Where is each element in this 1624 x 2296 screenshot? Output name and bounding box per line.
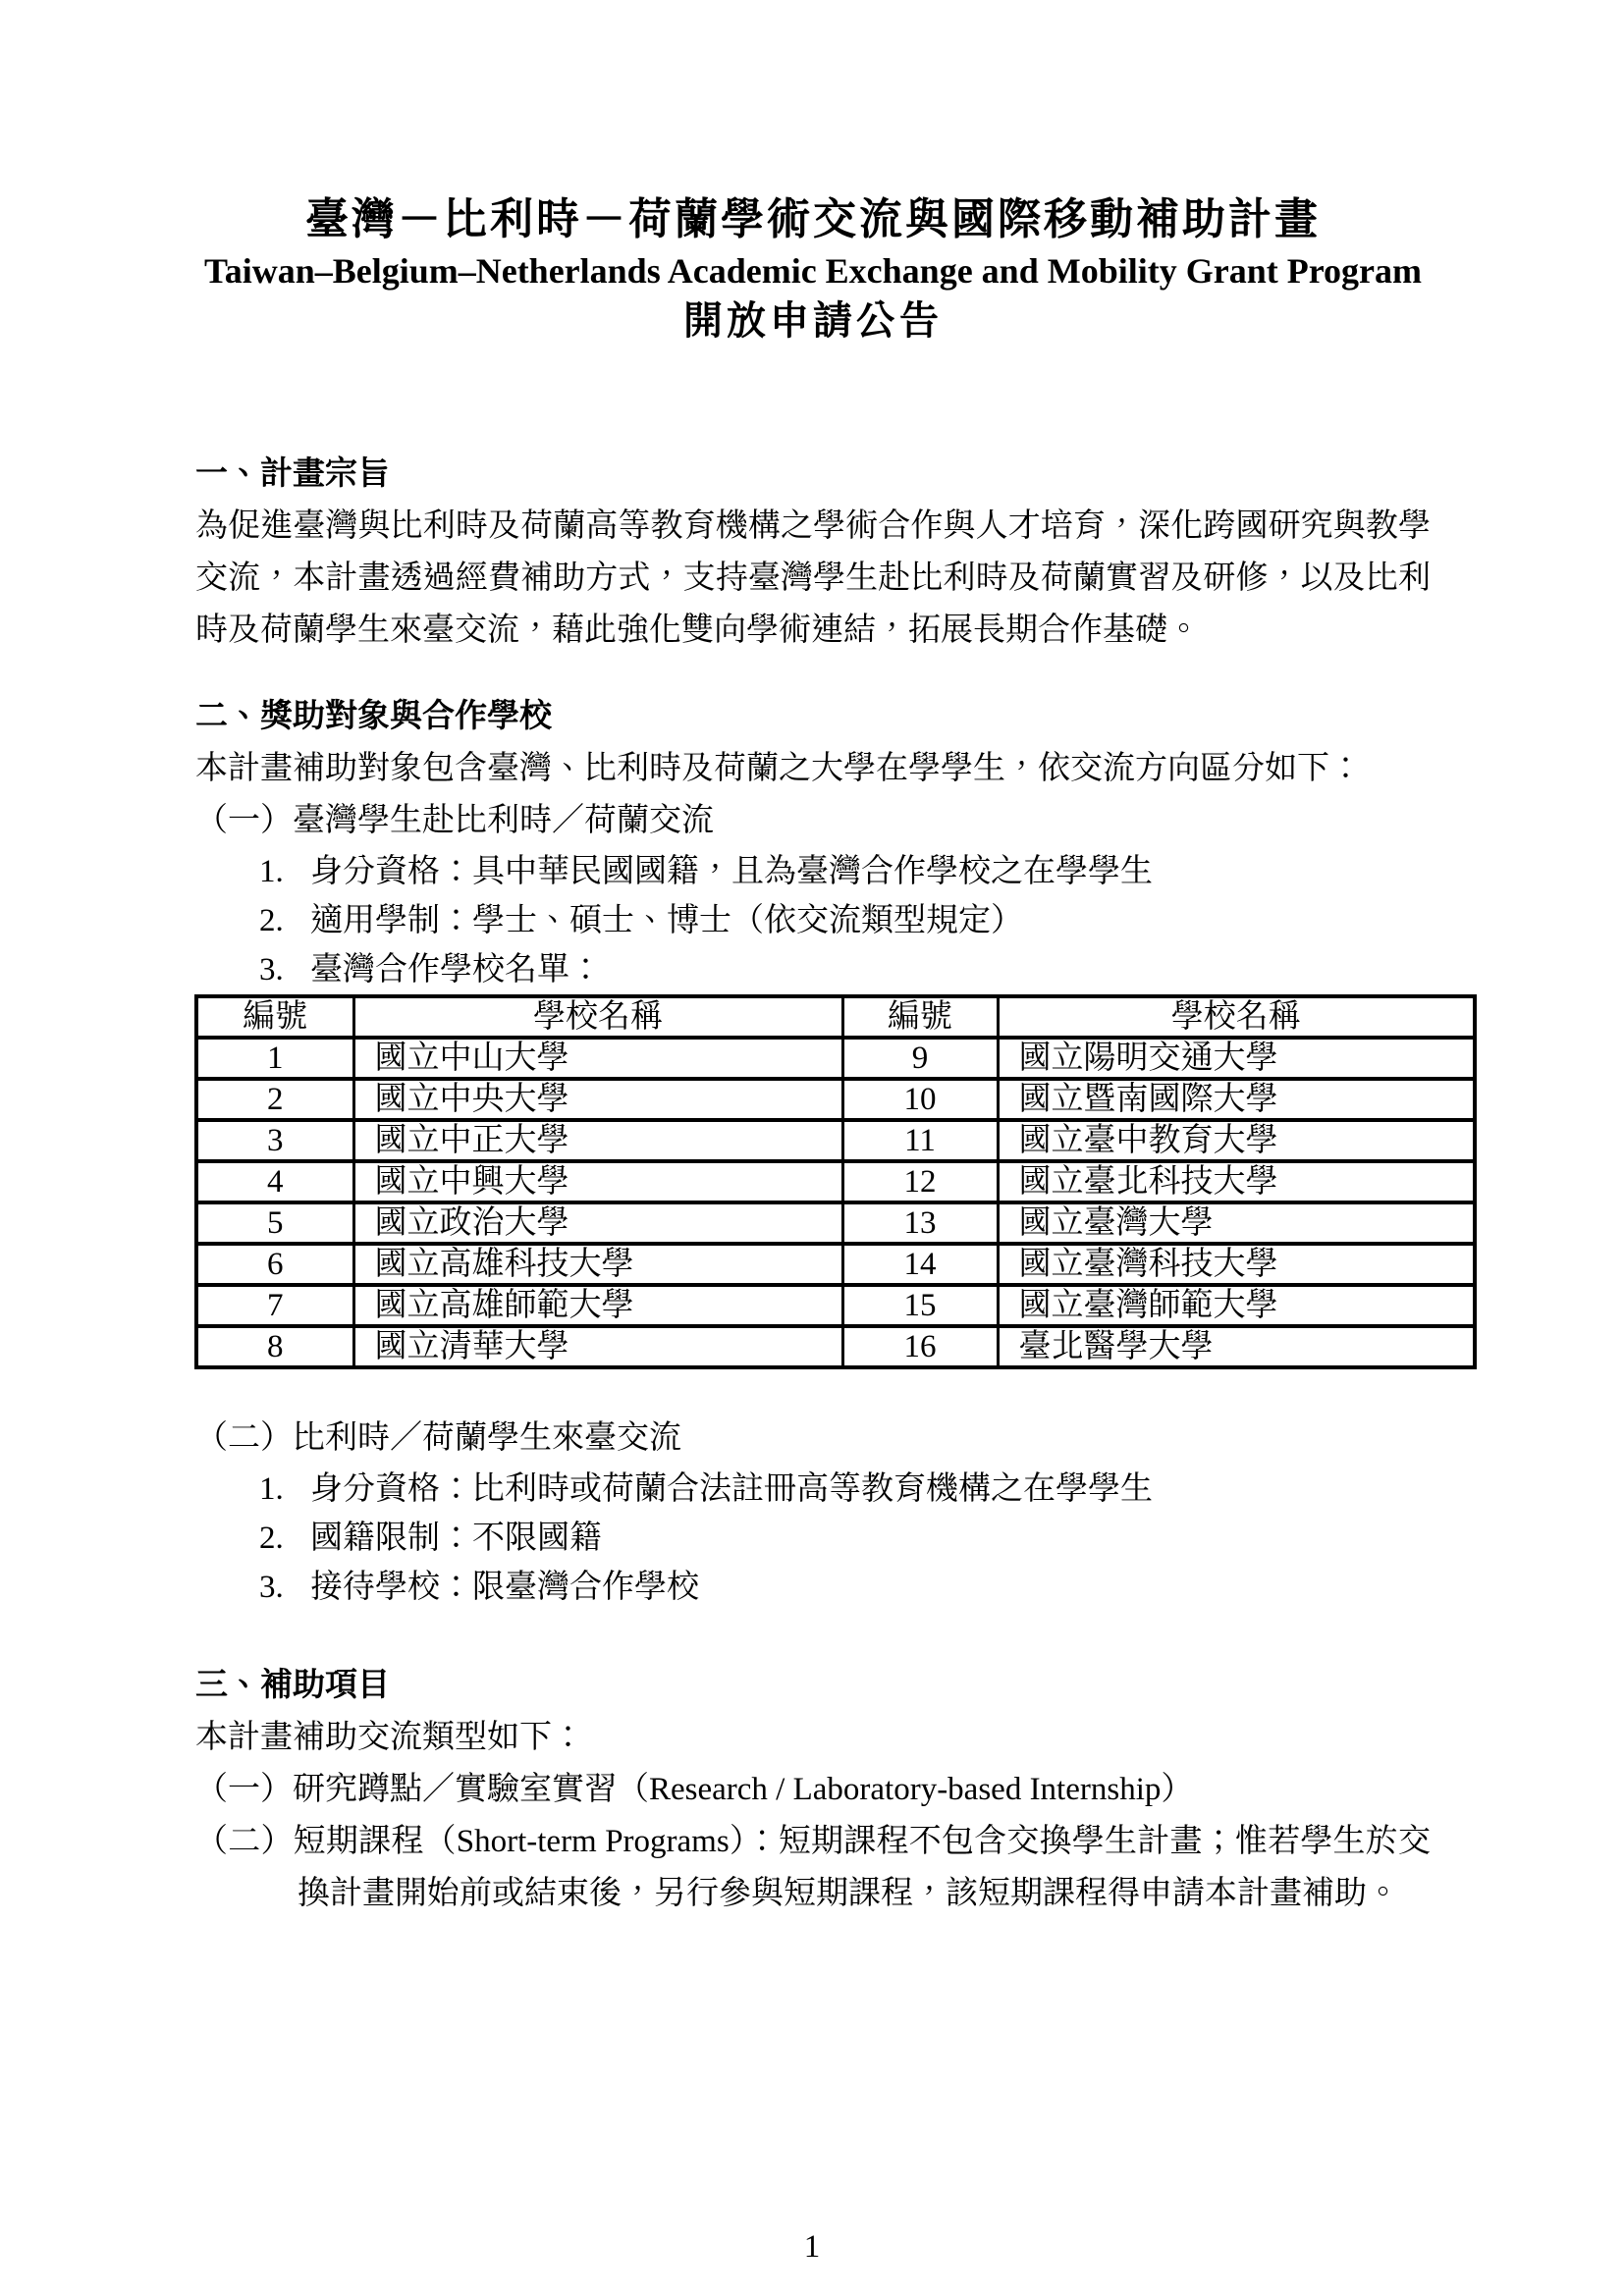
table-row: 4 國立中興大學 12 國立臺北科技大學 [196, 1161, 1475, 1202]
cell-number: 14 [842, 1244, 998, 1285]
page-number: 1 [0, 2230, 1624, 2264]
cell-school-name: 國立中山大學 [353, 1038, 842, 1079]
table-row: 2 國立中央大學 10 國立暨南國際大學 [196, 1079, 1475, 1120]
cell-school-name: 臺北醫學大學 [998, 1326, 1475, 1367]
section2-sub2-heading: （二）比利時／荷蘭學生來臺交流 [195, 1413, 1431, 1465]
cell-school-name: 國立臺灣師範大學 [998, 1285, 1475, 1326]
list-item-number: 3. [259, 945, 284, 994]
list-item-text: 接待學校：限臺灣合作學校 [310, 1570, 699, 1605]
list-item: 3. 臺灣合作學校名單： [195, 945, 1431, 994]
cell-number: 5 [196, 1202, 353, 1244]
cell-number: 15 [842, 1285, 998, 1326]
section-grant-items: 三、補助項目 本計畫補助交流類型如下： （一）研究蹲點／實驗室實習（Resear… [195, 1660, 1431, 1920]
cell-school-name: 國立臺灣大學 [998, 1202, 1475, 1244]
section-purpose: 一、計畫宗旨 為促進臺灣與比利時及荷蘭高等教育機構之學術合作與人才培育，深化跨國… [195, 449, 1431, 657]
section3-item: （一）研究蹲點／實驗室實習（Research / Laboratory-base… [195, 1764, 1431, 1816]
list-item-number: 1. [259, 1465, 284, 1514]
cell-school-name: 國立政治大學 [353, 1202, 842, 1244]
page-content: 臺灣－比利時－荷蘭學術交流與國際移動補助計畫 Taiwan–Belgium–Ne… [0, 0, 1624, 1920]
list-item: 1. 身分資格：具中華民國國籍，且為臺灣合作學校之在學學生 [195, 847, 1431, 896]
column-header-school: 學校名稱 [998, 996, 1475, 1038]
sub2-list: 1. 身分資格：比利時或荷蘭合法註冊高等教育機構之在學學生 2. 國籍限制：不限… [195, 1465, 1431, 1612]
cell-number: 16 [842, 1326, 998, 1367]
cell-number: 12 [842, 1161, 998, 1202]
document-title-zh: 臺灣－比利時－荷蘭學術交流與國際移動補助計畫 [195, 194, 1431, 245]
cell-number: 7 [196, 1285, 353, 1326]
section2-heading: 二、獎助對象與合作學校 [195, 691, 1431, 743]
cell-number: 10 [842, 1079, 998, 1120]
section2-sub1-heading: （一）臺灣學生赴比利時／荷蘭交流 [195, 795, 1431, 847]
column-header-school: 學校名稱 [353, 996, 842, 1038]
list-item: 1. 身分資格：比利時或荷蘭合法註冊高等教育機構之在學學生 [195, 1465, 1431, 1514]
cell-number: 9 [842, 1038, 998, 1079]
list-item-text: 身分資格：比利時或荷蘭合法註冊高等教育機構之在學學生 [310, 1471, 1153, 1507]
list-item: 2. 國籍限制：不限國籍 [195, 1514, 1431, 1563]
cell-number: 6 [196, 1244, 353, 1285]
list-item: 3. 接待學校：限臺灣合作學校 [195, 1563, 1431, 1612]
cell-number: 4 [196, 1161, 353, 1202]
cell-school-name: 國立清華大學 [353, 1326, 842, 1367]
cell-number: 2 [196, 1079, 353, 1120]
section3-intro: 本計畫補助交流類型如下： [195, 1712, 1431, 1764]
section3-heading: 三、補助項目 [195, 1660, 1431, 1712]
cell-school-name: 國立中興大學 [353, 1161, 842, 1202]
cell-school-name: 國立臺中教育大學 [998, 1120, 1475, 1161]
cell-number: 8 [196, 1326, 353, 1367]
list-item-text: 臺灣合作學校名單： [310, 952, 602, 988]
list-item-number: 3. [259, 1563, 284, 1612]
document-page: 臺灣－比利時－荷蘭學術交流與國際移動補助計畫 Taiwan–Belgium–Ne… [0, 0, 1624, 2296]
title-block: 臺灣－比利時－荷蘭學術交流與國際移動補助計畫 Taiwan–Belgium–Ne… [195, 0, 1431, 346]
cell-school-name: 國立陽明交通大學 [998, 1038, 1475, 1079]
column-header-number: 編號 [842, 996, 998, 1038]
table-row: 6 國立高雄科技大學 14 國立臺灣科技大學 [196, 1244, 1475, 1285]
document-title-announcement: 開放申請公告 [195, 296, 1431, 346]
column-header-number: 編號 [196, 996, 353, 1038]
cell-school-name: 國立中正大學 [353, 1120, 842, 1161]
cell-school-name: 國立暨南國際大學 [998, 1079, 1475, 1120]
list-item-number: 2. [259, 1514, 284, 1563]
section-eligibility: 二、獎助對象與合作學校 本計畫補助對象包含臺灣、比利時及荷蘭之大學在學學生，依交… [195, 691, 1431, 1612]
table-row: 5 國立政治大學 13 國立臺灣大學 [196, 1202, 1475, 1244]
cell-number: 3 [196, 1120, 353, 1161]
cell-number: 1 [196, 1038, 353, 1079]
section2-intro: 本計畫補助對象包含臺灣、比利時及荷蘭之大學在學學生，依交流方向區分如下： [195, 743, 1431, 795]
section1-body: 為促進臺灣與比利時及荷蘭高等教育機構之學術合作與人才培育，深化跨國研究與教學交流… [195, 501, 1431, 657]
cell-school-name: 國立臺北科技大學 [998, 1161, 1475, 1202]
cell-number: 11 [842, 1120, 998, 1161]
section3-item: （二）短期課程（Short-term Programs）：短期課程不包含交換學生… [195, 1816, 1431, 1920]
sub1-list: 1. 身分資格：具中華民國國籍，且為臺灣合作學校之在學學生 2. 適用學制：學士… [195, 847, 1431, 994]
table-row: 8 國立清華大學 16 臺北醫學大學 [196, 1326, 1475, 1367]
table-row: 3 國立中正大學 11 國立臺中教育大學 [196, 1120, 1475, 1161]
list-item-text: 國籍限制：不限國籍 [310, 1521, 602, 1556]
table-header-row: 編號 學校名稱 編號 學校名稱 [196, 996, 1475, 1038]
table-row: 7 國立高雄師範大學 15 國立臺灣師範大學 [196, 1285, 1475, 1326]
cell-number: 13 [842, 1202, 998, 1244]
cell-school-name: 國立高雄科技大學 [353, 1244, 842, 1285]
cell-school-name: 國立高雄師範大學 [353, 1285, 842, 1326]
list-item-number: 2. [259, 896, 284, 945]
cell-school-name: 國立臺灣科技大學 [998, 1244, 1475, 1285]
partner-schools-table: 編號 學校名稱 編號 學校名稱 1 國立中山大學 9 國立陽明交通大學 2 [194, 994, 1477, 1369]
list-item-text: 適用學制：學士、碩士、博士（依交流類型規定） [310, 903, 1023, 938]
section1-heading: 一、計畫宗旨 [195, 449, 1431, 501]
table-row: 1 國立中山大學 9 國立陽明交通大學 [196, 1038, 1475, 1079]
list-item-number: 1. [259, 847, 284, 896]
list-item-text: 身分資格：具中華民國國籍，且為臺灣合作學校之在學學生 [310, 854, 1153, 889]
cell-school-name: 國立中央大學 [353, 1079, 842, 1120]
list-item: 2. 適用學制：學士、碩士、博士（依交流類型規定） [195, 896, 1431, 945]
document-title-en: Taiwan–Belgium–Netherlands Academic Exch… [195, 245, 1431, 296]
